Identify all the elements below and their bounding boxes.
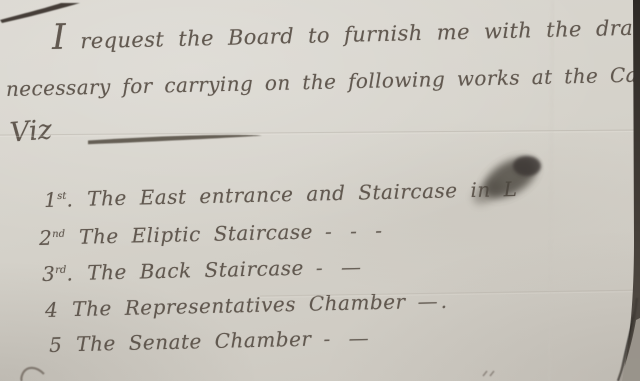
viz-underline-dash	[88, 135, 262, 144]
item-text: The Back Staircase	[87, 256, 304, 285]
paper-edge-shadow	[618, 0, 640, 381]
item-dashes: - —	[323, 325, 372, 350]
item-text: The East entrance and Staircase in L	[87, 177, 518, 211]
list-item-1: 1st.The East entrance and Staircase in L	[44, 173, 530, 213]
item-text: The Representatives Chamber	[72, 289, 406, 321]
letter-line-1: I request the Board to furnish me with t…	[51, 2, 640, 62]
item-punct: .	[66, 187, 73, 211]
item-dashes: - —	[316, 254, 365, 279]
item-text: The Senate Chamber	[76, 327, 312, 356]
item-punct: .	[66, 261, 73, 285]
item-number: 3rd.	[42, 261, 74, 286]
item-number-digit: 2	[39, 225, 53, 249]
item-number-digit: 3	[42, 261, 56, 285]
item-number: 2nd	[39, 225, 66, 250]
item-dashes: —.	[417, 288, 450, 313]
item-number-digit: 5	[49, 332, 63, 356]
list-item-3: 3rd.The Back Staircase- —	[42, 251, 365, 287]
list-item-4: 4The Representatives Chamber—.	[45, 285, 451, 323]
viz-label: Viz	[9, 114, 54, 150]
item-dashes	[529, 177, 530, 201]
document-photo: I request the Board to furnish me with t…	[0, 0, 640, 381]
list-item-5: 5The Senate Chamber- —	[49, 322, 372, 358]
letter-line-2: necessary for carrying on the following …	[6, 61, 640, 102]
item-text: The Eliptic Staircase	[79, 219, 313, 248]
item-number-digit: 1	[44, 187, 58, 211]
item-number: 1st.	[44, 187, 74, 212]
item-number: 5	[49, 332, 63, 356]
partial-next-line	[21, 368, 494, 381]
item-ordinal: rd	[55, 264, 66, 275]
item-number: 4	[45, 297, 59, 321]
item-number-digit: 4	[45, 297, 59, 321]
list-item-2: 2ndThe Eliptic Staircase- - -	[39, 214, 386, 250]
paper-crease-upper	[0, 130, 640, 137]
paper-fold-vertical	[549, 0, 553, 381]
item-ordinal: nd	[52, 228, 65, 239]
item-dashes: - - -	[325, 218, 386, 243]
